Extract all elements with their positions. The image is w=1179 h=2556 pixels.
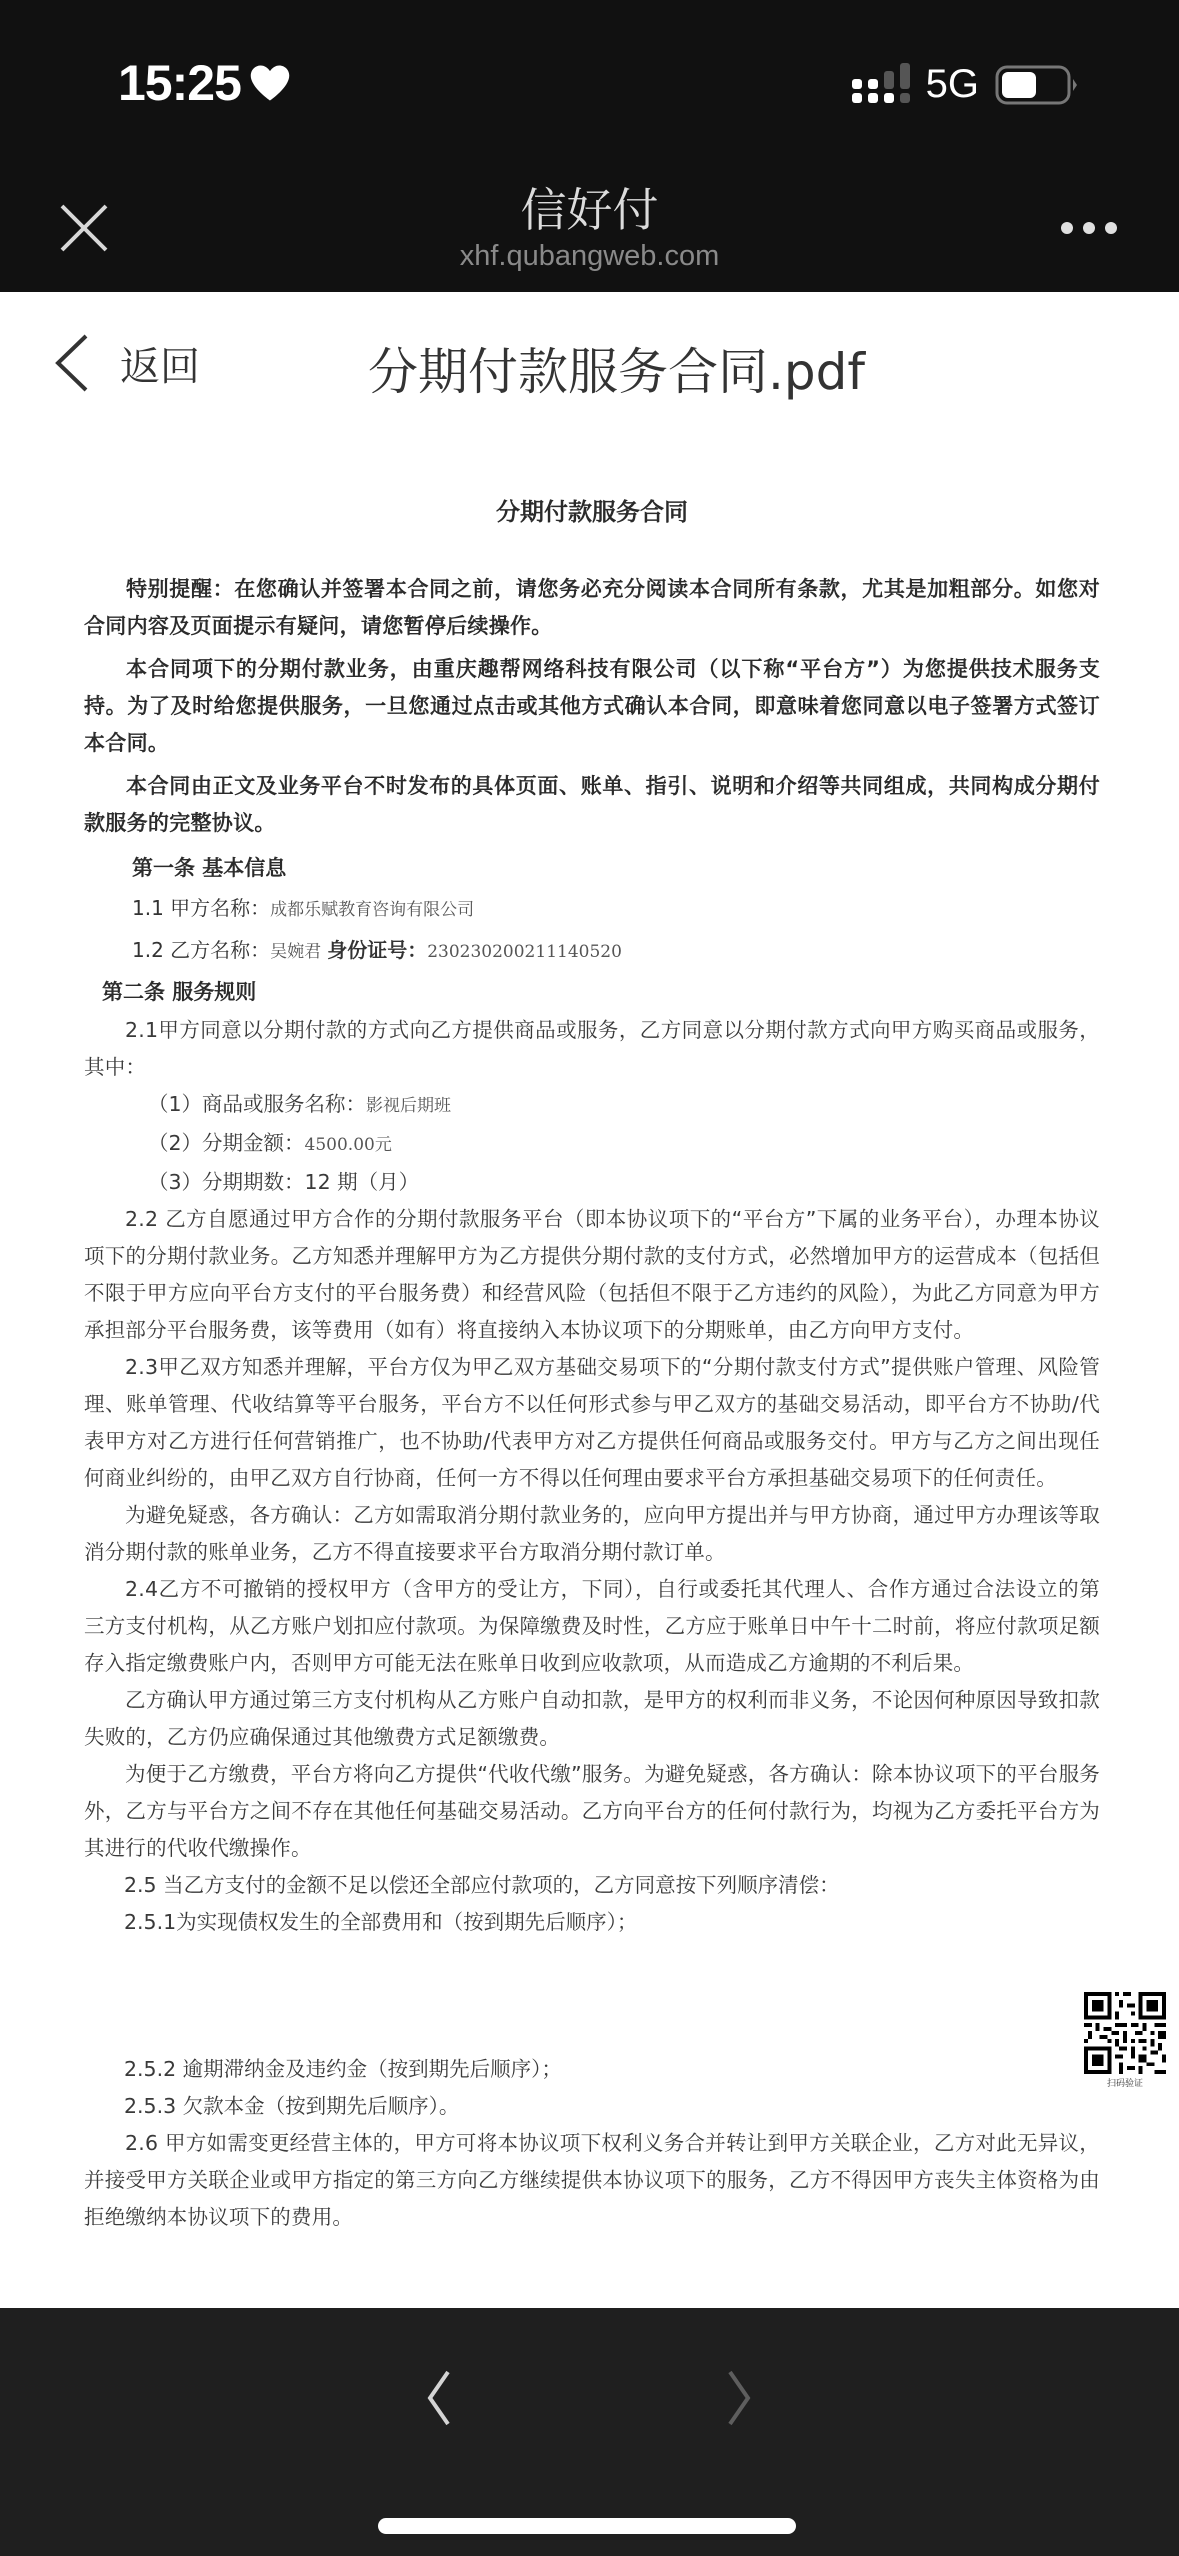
party-a-value: 成都乐赋教育咨询有限公司 xyxy=(270,900,474,920)
qr-verify: 扫码验证 xyxy=(1082,1992,1168,2089)
id-label: 身份证号： xyxy=(327,938,427,962)
chevron-left-icon xyxy=(50,332,94,394)
back-label: 返回 xyxy=(120,335,200,392)
item-product: （1）商品或服务名称：影视后期班 xyxy=(84,1086,1100,1125)
home-indicator[interactable] xyxy=(378,2518,796,2534)
document-filename: 分期付款服务合同.pdf xyxy=(368,332,865,404)
chevron-right-icon[interactable] xyxy=(720,2368,760,2428)
status-time: 15:25 xyxy=(118,54,291,112)
heart-icon xyxy=(249,63,291,103)
browser-header: 信好付 xhf.qubangweb.com xyxy=(0,160,1179,292)
clause-2-5-2: 2.5.2 逾期滞纳金及违约金（按到期先后顺序）； xyxy=(84,2051,1100,2088)
item-product-label: （1）商品或服务名称： xyxy=(148,1092,366,1116)
page-gap xyxy=(84,1941,1100,2051)
intro-paragraph-2: 本合同项下的分期付款业务，由重庆趣帮网络科技有限公司（以下称“平台方”）为您提供… xyxy=(84,651,1100,762)
party-b-line: 1.2 乙方名称：吴婉君 身份证号：230230200211140520 xyxy=(84,930,1100,972)
item-periods-label: （3）分期期数： xyxy=(148,1170,305,1194)
item-amount-label: （2）分期金额： xyxy=(148,1131,305,1155)
item-periods: （3）分期期数：12 期（月） xyxy=(84,1164,1100,1201)
back-button[interactable]: 返回 xyxy=(50,328,200,398)
chevron-left-icon[interactable] xyxy=(418,2368,458,2428)
bottom-toolbar xyxy=(0,2308,1179,2556)
clause-2-4-note: 乙方确认甲方通过第三方支付机构从乙方账户自动扣款，是甲方的权利而非义务，不论因何… xyxy=(84,1682,1100,1756)
clause-2-3: 2.3甲乙双方知悉并理解，平台方仅为甲乙双方基础交易项下的“分期付款支付方式”提… xyxy=(84,1349,1100,1497)
qr-code-icon xyxy=(1084,1992,1166,2074)
document-page: 分期付款服务合同 特别提醒：在您确认并签署本合同之前，请您务必充分阅读本合同所有… xyxy=(84,492,1100,2236)
clause-2-1: 2.1甲方同意以分期付款的方式向乙方提供商品或服务，乙方同意以分期付款方式向甲方… xyxy=(84,1012,1100,1086)
party-b-label: 1.2 乙方名称： xyxy=(132,938,270,962)
intro-paragraph-1: 特别提醒：在您确认并签署本合同之前，请您务必充分阅读本合同所有条款，尤其是加粗部… xyxy=(84,571,1100,645)
page-title: 信好付 xyxy=(0,174,1179,240)
party-a-line: 1.1 甲方名称：成都乐赋教育咨询有限公司 xyxy=(84,888,1100,930)
network-type: 5G xyxy=(926,62,979,107)
item-product-value: 影视后期班 xyxy=(366,1096,451,1116)
document-viewer[interactable]: 返回 分期付款服务合同.pdf 分期付款服务合同 特别提醒：在您确认并签署本合同… xyxy=(0,292,1179,2308)
clause-2-3-note: 为避免疑惑，各方确认：乙方如需取消分期付款业务的，应向甲方提出并与甲方协商，通过… xyxy=(84,1497,1100,1571)
section-1-heading: 第一条 基本信息 xyxy=(84,848,1100,888)
party-a-label: 1.1 甲方名称： xyxy=(132,896,270,920)
clause-2-5: 2.5 当乙方支付的金额不足以偿还全部应付款项的，乙方同意按下列顺序清偿： xyxy=(84,1867,1100,1904)
status-bar: 15:25 5G xyxy=(0,0,1179,160)
item-periods-value: 12 期（月） xyxy=(305,1170,420,1194)
more-icon[interactable] xyxy=(1059,216,1119,240)
party-b-value: 吴婉君 xyxy=(270,942,321,962)
id-value: 230230200211140520 xyxy=(427,942,622,962)
clause-2-2: 2.2 乙方自愿通过甲方合作的分期付款服务平台（即本协议项下的“平台方”下属的业… xyxy=(84,1201,1100,1349)
section-2-heading: 第二条 服务规则 xyxy=(84,972,1100,1012)
intro-paragraph-3: 本合同由正文及业务平台不时发布的具体页面、账单、指引、说明和介绍等共同组成，共同… xyxy=(84,768,1100,842)
screen: 15:25 5G xyxy=(0,0,1179,2556)
clause-2-6: 2.6 甲方如需变更经营主体的，甲方可将本协议项下权利义务合并转让到甲方关联企业… xyxy=(84,2125,1100,2236)
time-label: 15:25 xyxy=(118,54,241,112)
item-amount-value: 4500.00元 xyxy=(305,1135,392,1155)
qr-label: 扫码验证 xyxy=(1082,2076,1168,2089)
contract-title: 分期付款服务合同 xyxy=(84,492,1100,527)
signal-icon xyxy=(852,63,910,107)
clause-2-5-1: 2.5.1为实现债权发生的全部费用和（按到期先后顺序）； xyxy=(84,1904,1100,1941)
clause-2-4-collection: 为便于乙方缴费，平台方将向乙方提供“代收代缴”服务。为避免疑惑，各方确认：除本协… xyxy=(84,1756,1100,1867)
page-url: xhf.qubangweb.com xyxy=(0,240,1179,273)
document-nav-bar: 返回 分期付款服务合同.pdf xyxy=(0,292,1179,432)
battery-icon xyxy=(995,65,1079,105)
clause-2-5-3: 2.5.3 欠款本金（按到期先后顺序）。 xyxy=(84,2088,1100,2125)
status-icons: 5G xyxy=(852,62,1079,107)
clause-2-4: 2.4乙方不可撤销的授权甲方（含甲方的受让方，下同），自行或委托其代理人、合作方… xyxy=(84,1571,1100,1682)
item-amount: （2）分期金额：4500.00元 xyxy=(84,1125,1100,1164)
